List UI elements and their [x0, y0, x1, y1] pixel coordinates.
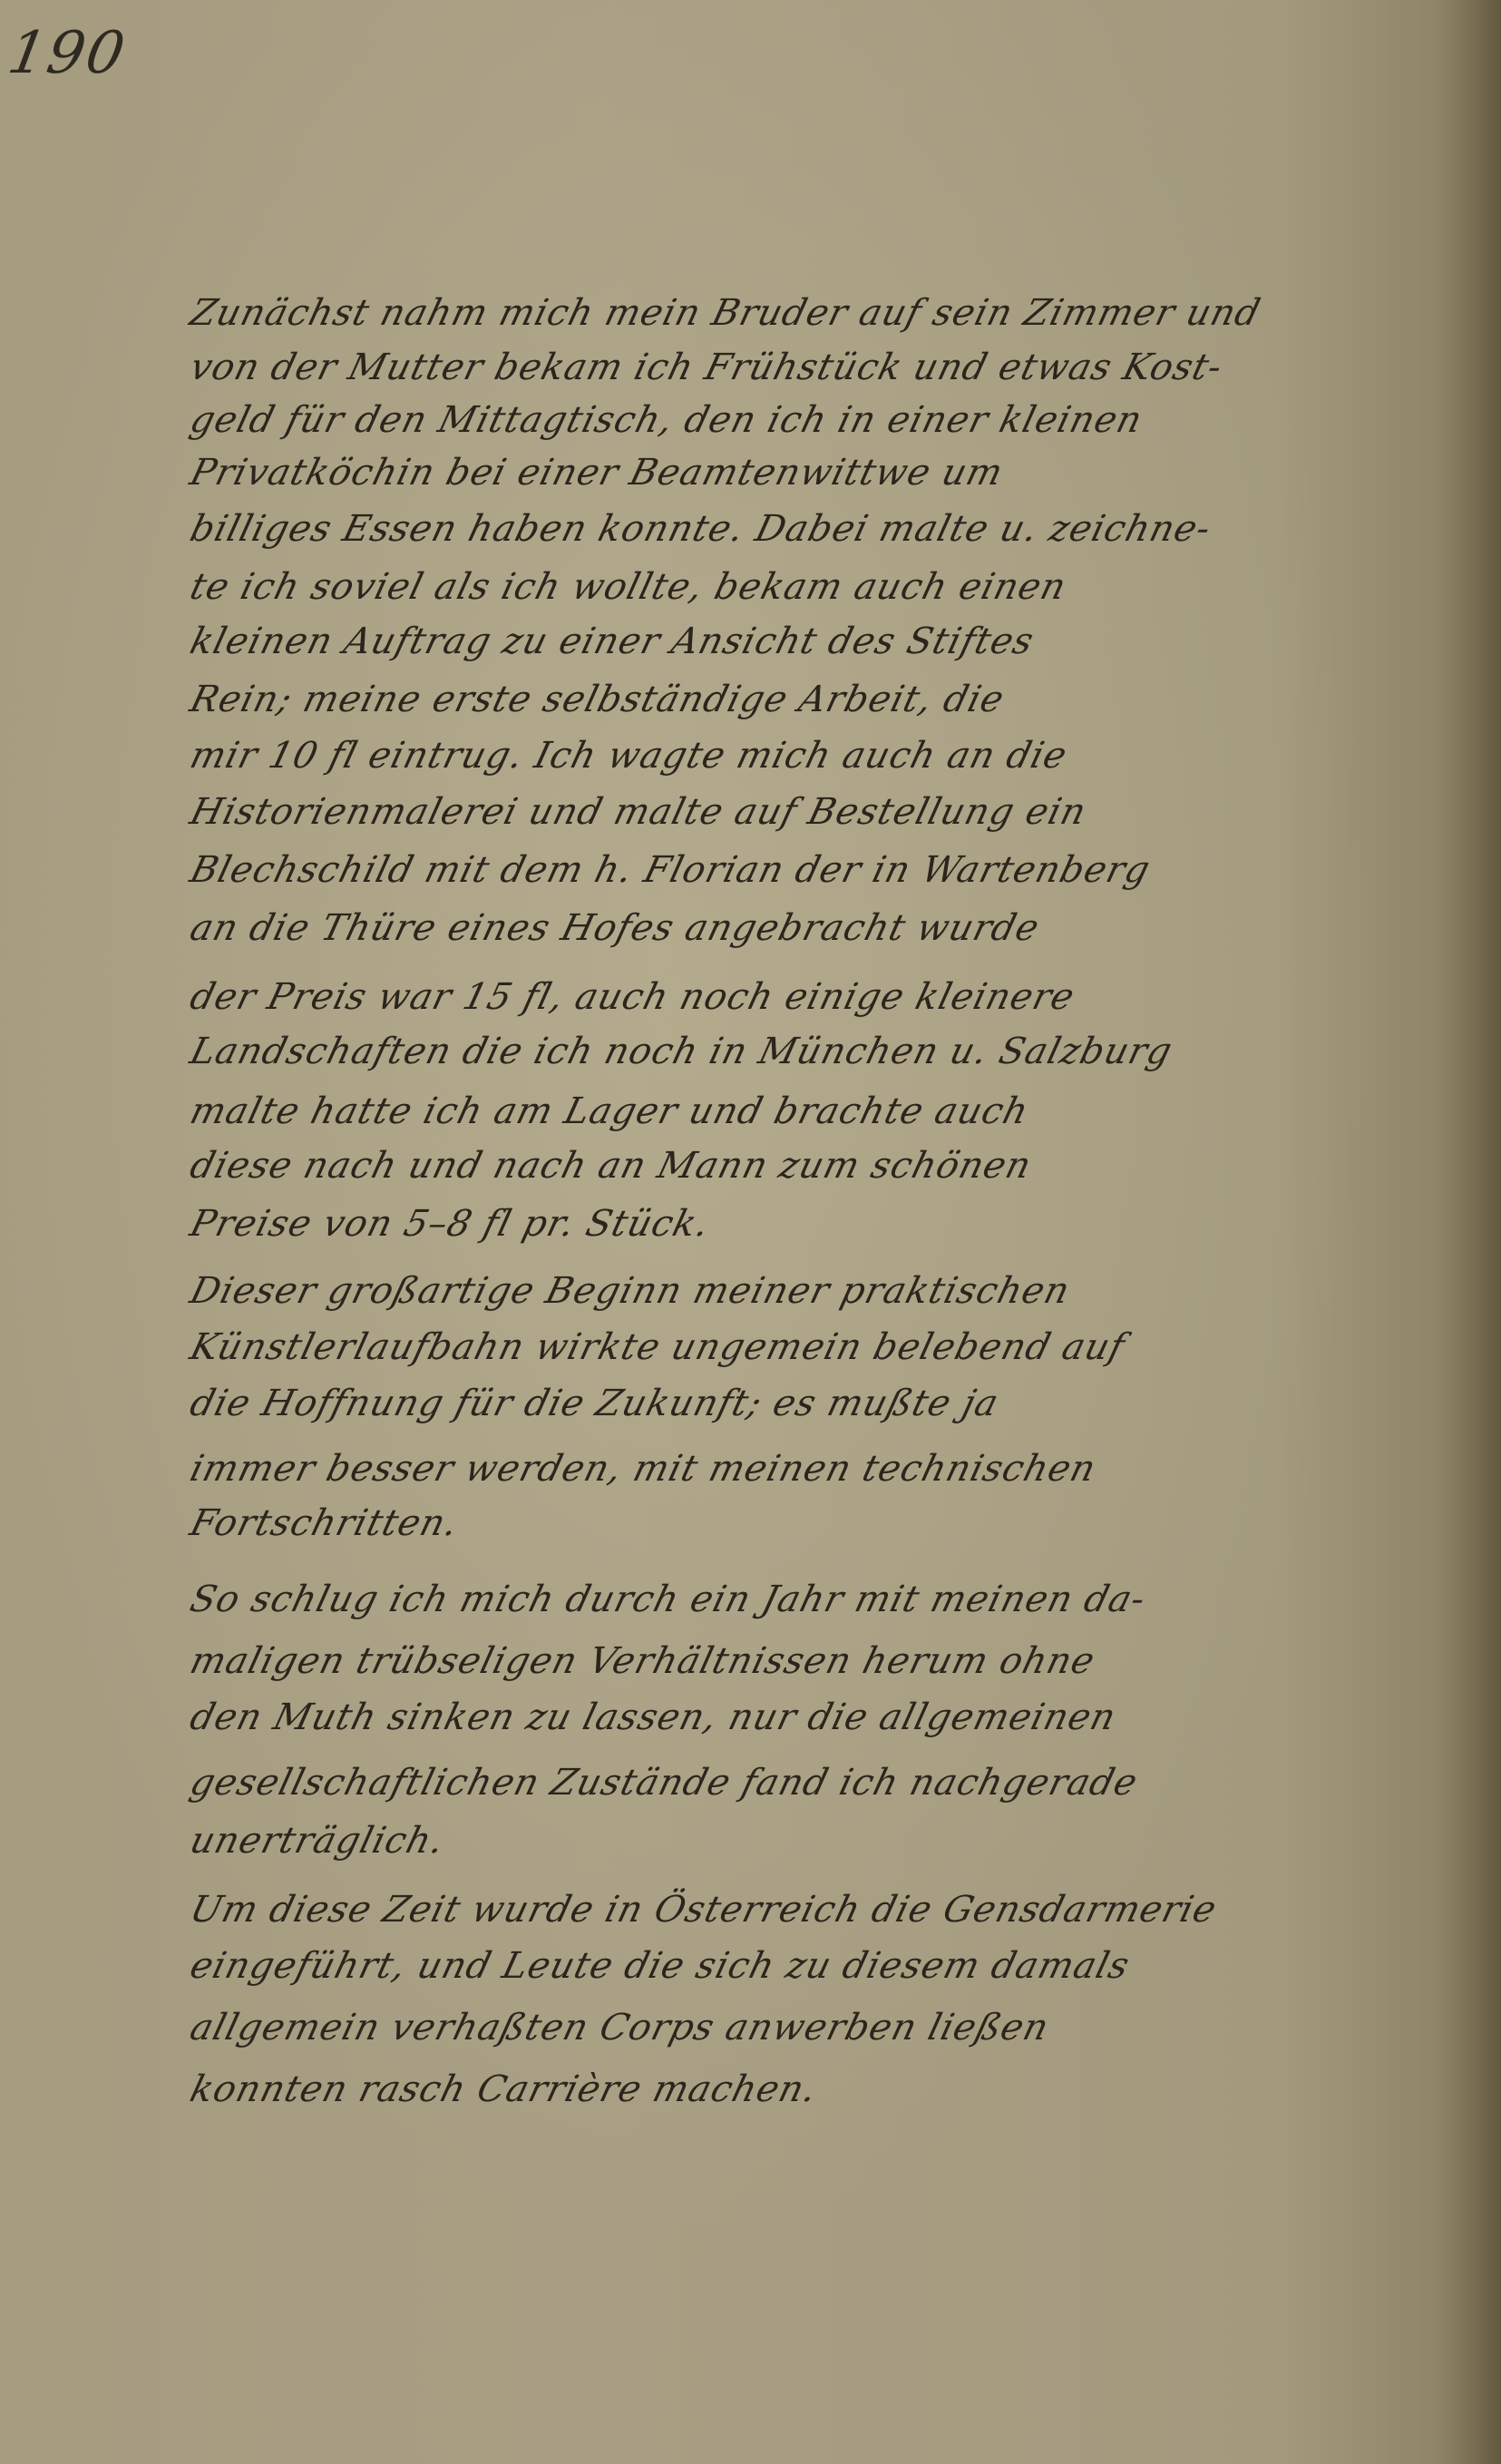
text-line: Rein; meine erste selbständige Arbeit, d… — [186, 679, 1009, 720]
paragraph-start-line: So schlug ich mich durch ein Jahr mit me… — [186, 1579, 1150, 1620]
text-line: gesellschaftlichen Zustände fand ich nac… — [186, 1762, 1142, 1804]
manuscript-page: 190 Zunächst nahm mich mein Bruder auf s… — [0, 0, 1501, 2464]
text-line: Historienmalerei und malte auf Bestellun… — [186, 791, 1091, 833]
text-line: Privatköchin bei einer Beamtenwittwe um — [186, 452, 1008, 494]
text-line: Künstlerlaufbahn wirkte ungemein beleben… — [186, 1326, 1129, 1368]
text-line: Preise von 5–8 fl pr. Stück. — [186, 1203, 714, 1245]
text-line: diese nach und nach an Mann zum schönen — [186, 1145, 1036, 1187]
text-line: die Hoffnung für die Zukunft; es mußte j… — [186, 1383, 1003, 1424]
text-line: Zunächst nahm mich mein Bruder auf sein … — [186, 292, 1265, 334]
text-line: Landschaften die ich noch in München u. … — [186, 1031, 1176, 1072]
text-line: billiges Essen haben konnte. Dabei malte… — [186, 508, 1215, 550]
text-line: der Preis war 15 fl, auch noch einige kl… — [186, 976, 1079, 1018]
text-line: von der Mutter bekam ich Frühstück und e… — [186, 347, 1227, 388]
text-line: mir 10 fl eintrug. Ich wagte mich auch a… — [186, 735, 1072, 777]
text-line: kleinen Auftrag zu einer Ansicht des Sti… — [186, 621, 1038, 662]
text-line: malte hatte ich am Lager und brachte auc… — [186, 1090, 1033, 1132]
text-line: immer besser werden, mit meinen technisc… — [186, 1448, 1100, 1490]
paragraph-start-line: Um diese Zeit wurde in Österreich die Ge… — [186, 1889, 1221, 1931]
text-line: Blechschild mit dem h. Florian der in Wa… — [186, 849, 1155, 891]
text-line: eingeführt, und Leute die sich zu diesem… — [186, 1945, 1134, 1987]
text-line: Fortschritten. — [186, 1502, 463, 1544]
binding-shadow — [1438, 0, 1501, 2464]
page-number: 190 — [3, 20, 131, 87]
text-line: maligen trübseligen Verhältnissen herum … — [186, 1640, 1099, 1682]
text-line: allgemein verhaßten Corps anwerben ließe… — [186, 2007, 1053, 2048]
text-line: den Muth sinken zu lassen, nur die allge… — [186, 1696, 1121, 1738]
text-line: te ich soviel als ich wollte, bekam auch… — [186, 566, 1071, 608]
text-line: unerträglich. — [186, 1820, 449, 1862]
text-line: konnten rasch Carrière machen. — [186, 2068, 822, 2110]
text-line: an die Thüre eines Hofes angebracht wurd… — [186, 907, 1044, 949]
paragraph-start-line: Dieser großartige Beginn meiner praktisc… — [186, 1270, 1075, 1312]
text-line: geld für den Mittagtisch, den ich in ein… — [186, 399, 1146, 441]
